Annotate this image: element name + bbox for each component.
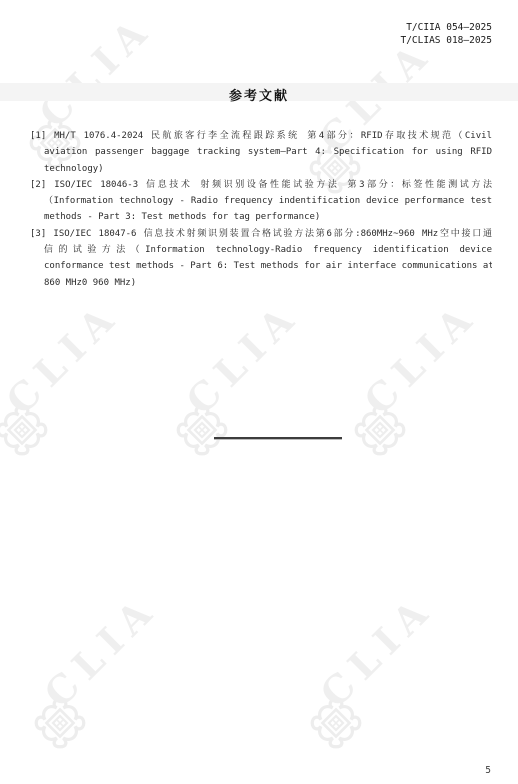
document-number-block: T/CIIA 054—2025 T/CLIAS 018—2025	[400, 21, 492, 47]
reference-line: technology)	[44, 161, 492, 177]
document-page: CLIA CLIA CLIA CLIA CLIA CLIA CLIA T/CII…	[0, 0, 518, 784]
reference-line: aviation passenger baggage tracking syst…	[44, 144, 492, 160]
page-title: 参考文献	[0, 85, 518, 104]
reference-line: [3] ISO/IEC 18047-6 信息技术射频识别装置合格试验方法第6部分…	[30, 226, 492, 242]
reference-item: [3] ISO/IEC 18047-6 信息技术射频识别装置合格试验方法第6部分…	[30, 226, 492, 291]
doc-number-2: T/CLIAS 018—2025	[400, 34, 492, 47]
reference-line: [2] ISO/IEC 18046-3 信息技术 射频识别设备性能试验方法 第3…	[30, 177, 492, 193]
reference-line: 860 MHz0 960 MHz)	[44, 275, 492, 291]
divider-line	[214, 437, 342, 440]
reference-line: conformance test methods - Part 6: Test …	[44, 258, 492, 274]
reference-item: [1] MH/T 1076.4-2024 民航旅客行李全流程跟踪系统 第4部分：…	[30, 128, 492, 177]
page-number: 5	[485, 765, 491, 776]
reference-line: 信的试验方法（Information technology-Radio freq…	[44, 242, 492, 258]
page-content: T/CIIA 054—2025 T/CLIAS 018—2025 参考文献 [1…	[0, 0, 518, 784]
reference-line: [1] MH/T 1076.4-2024 民航旅客行李全流程跟踪系统 第4部分：…	[30, 128, 492, 144]
doc-number-1: T/CIIA 054—2025	[400, 21, 492, 34]
reference-item: [2] ISO/IEC 18046-3 信息技术 射频识别设备性能试验方法 第3…	[30, 177, 492, 226]
reference-list: [1] MH/T 1076.4-2024 民航旅客行李全流程跟踪系统 第4部分：…	[30, 128, 492, 291]
reference-line: （Information technology - Radio frequenc…	[44, 193, 492, 209]
reference-line: methods - Part 3: Test methods for tag p…	[44, 209, 492, 225]
